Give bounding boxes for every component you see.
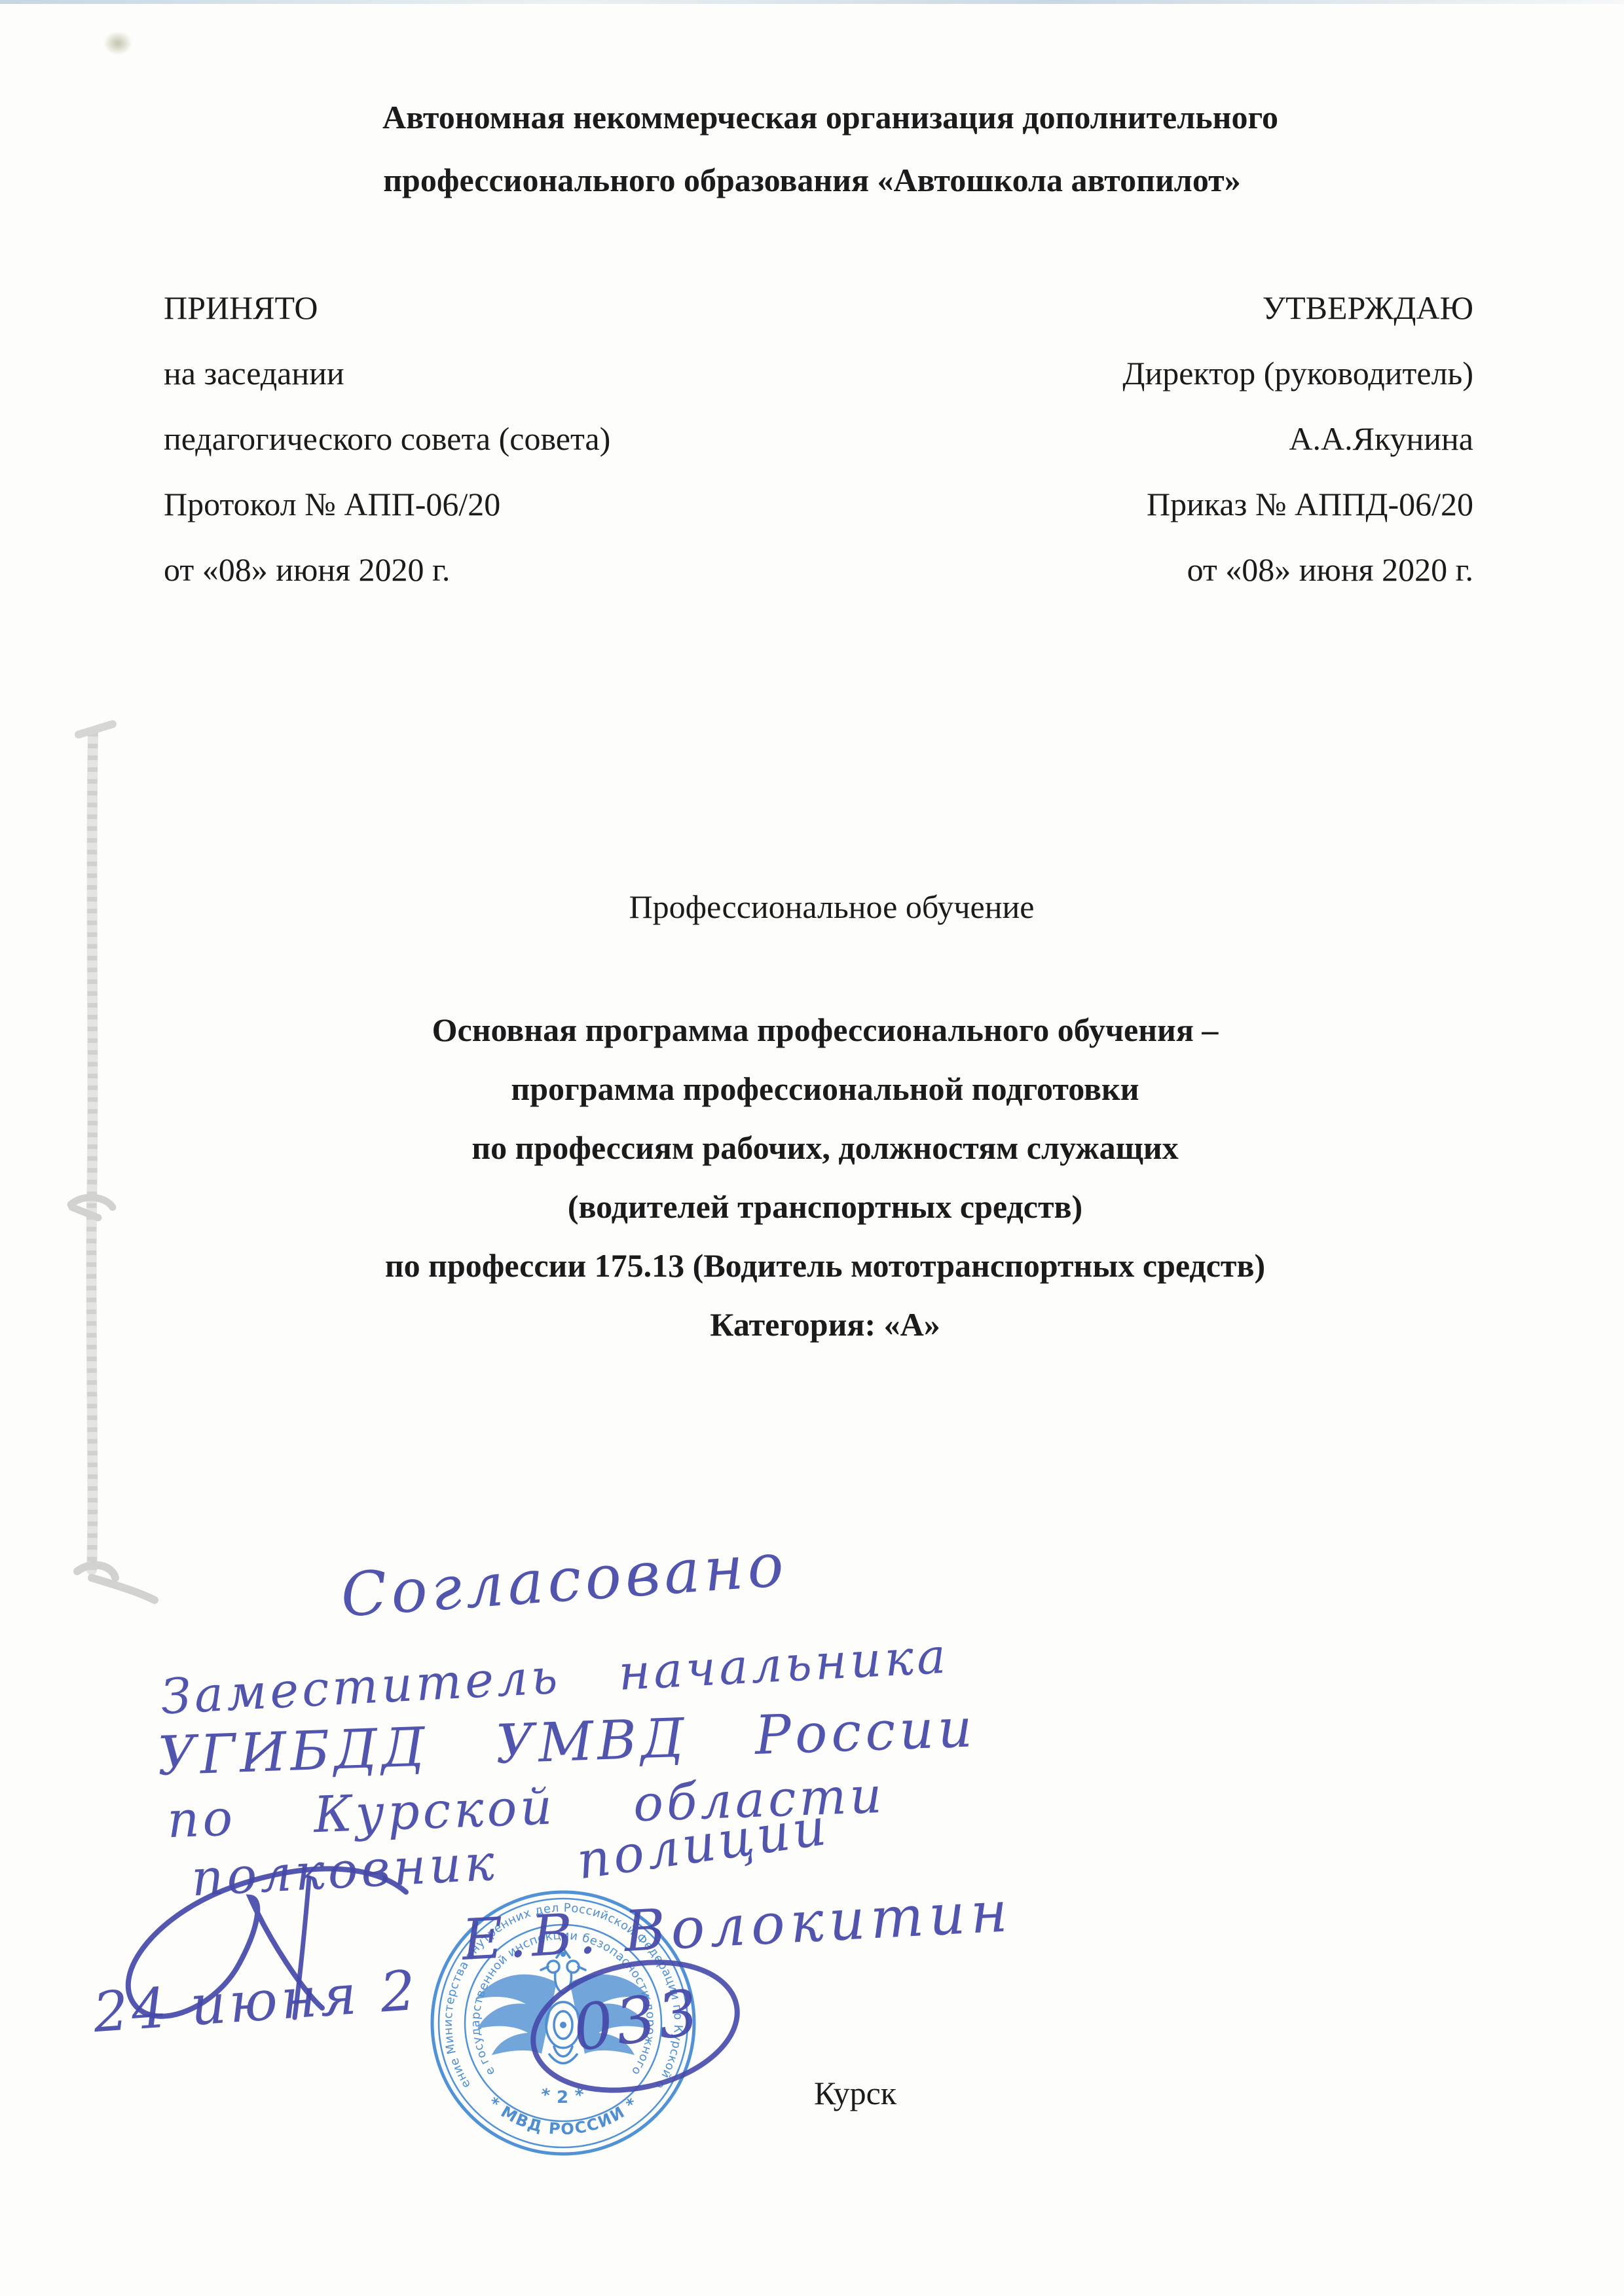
paper-smudge [103,31,132,55]
program-title-line: Категория: «А» [13,1295,1624,1354]
organization-name-line2: профессионального образования «Автошкола… [0,161,1624,199]
approved-line: Директор (руководитель) [1122,340,1473,406]
program-title-line: (водителей транспортных средств) [13,1177,1624,1236]
program-title-line: по профессии 175.13 (Водитель мототрансп… [13,1236,1624,1295]
program-title-block: Основная программа профессионального обу… [13,1000,1624,1354]
handwritten-agreed: Согласовано [339,1529,790,1630]
organization-name-line1: Автономная некоммерческая организация до… [18,98,1624,136]
scanned-document-page: Автономная некоммерческая организация до… [0,0,1624,2296]
approved-line: от «08» июня 2020 г. [1122,537,1473,602]
approved-block: УТВЕРЖДАЮ Директор (руководитель) А.А.Як… [1122,275,1473,602]
accepted-line: от «08» июня 2020 г. [164,537,610,602]
program-title-line: Основная программа профессионального обу… [13,1000,1624,1059]
approved-line: Приказ № АППД-06/20 [1122,471,1473,537]
accepted-block: ПРИНЯТО на заседании педагогического сов… [164,275,610,602]
city-label: Курск [814,2074,896,2112]
accepted-line: на заседании [164,340,610,406]
accepted-label: ПРИНЯТО [164,275,610,340]
approved-line: А.А.Якунина [1122,406,1473,471]
program-title-line: по профессиям рабочих, должностям служащ… [13,1118,1624,1177]
approved-label: УТВЕРЖДАЮ [1122,275,1473,340]
accepted-line: Протокол № АПП-06/20 [164,471,610,537]
binding-thread [52,707,196,1611]
education-type: Профессиональное обучение [20,888,1624,926]
scan-edge-artifact [0,0,1624,4]
accepted-line: педагогического совета (совета) [164,406,610,471]
program-title-line: программа профессиональной подготовки [13,1059,1624,1118]
